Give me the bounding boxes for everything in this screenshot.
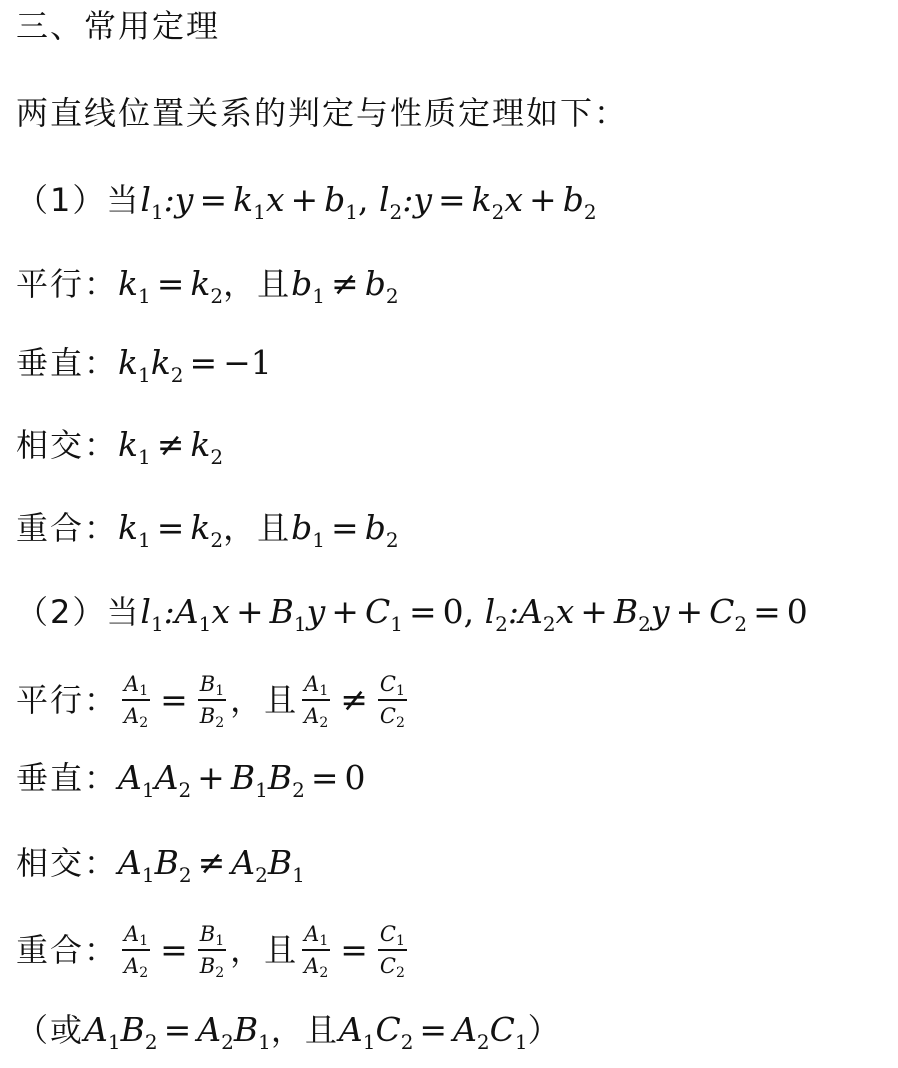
rule-name: 垂直： xyxy=(16,758,118,798)
case1-parallel: 平行： k1=k2，且b1≠b2 xyxy=(16,264,399,304)
note-open: （或 xyxy=(16,1010,84,1050)
fraction-b1-b2: B1B2 xyxy=(198,672,226,728)
and-word: 且 xyxy=(264,680,298,720)
case2-condition: （2）当 l1:A1x+B1y+C1=0, l2:A2x+B2y+C2=0 xyxy=(16,592,808,632)
rule-formula-2: b1=b2 xyxy=(291,508,398,548)
intro-text: 两直线位置关系的判定与性质定理如下： xyxy=(16,93,628,133)
rule-name: 重合： xyxy=(16,508,118,548)
rule-name: 平行： xyxy=(16,680,118,720)
rule-name: 重合： xyxy=(16,930,118,970)
fraction-c1-c2: C1C2 xyxy=(378,922,407,978)
comma: ， xyxy=(230,930,264,970)
rule-name: 垂直： xyxy=(16,343,118,383)
case2-parallel: 平行： A1A2 = B1B2 ，且 A1A2 ≠ C1C2 xyxy=(16,668,411,732)
and-word: 且 xyxy=(257,264,291,304)
fraction-a1-a2: A1A2 xyxy=(302,922,330,978)
case1-intersect: 相交： k1≠k2 xyxy=(16,425,223,465)
fraction-a1-a2: A1A2 xyxy=(122,922,150,978)
comma: ， xyxy=(271,1010,305,1050)
rule-formula: A1A2+B1B2=0 xyxy=(118,758,365,798)
fraction-b1-b2: B1B2 xyxy=(198,922,226,978)
case2-coincide-note: （或 A1B2=A2B1，且A1C2=A2C1） xyxy=(16,1010,562,1050)
section-heading: 三、常用定理 xyxy=(16,6,220,46)
case1-label: （1）当 xyxy=(16,180,140,220)
rule-formula: k1=k2 xyxy=(118,264,223,304)
rule-name: 相交： xyxy=(16,843,118,883)
fraction-a1-a2: A1A2 xyxy=(302,672,330,728)
case2-coincide: 重合： A1A2 = B1B2 ，且 A1A2 = C1C2 xyxy=(16,918,411,982)
rule-formula-2: b1≠b2 xyxy=(291,264,398,304)
case1-perpendicular: 垂直： k1k2=−1 xyxy=(16,343,272,383)
comma: ， xyxy=(230,680,264,720)
rule-formula: k1=k2 xyxy=(118,508,223,548)
rule-formula: k1≠k2 xyxy=(118,425,223,465)
and-word: 且 xyxy=(257,508,291,548)
rule-formula: A1B2≠A2B1 xyxy=(118,843,305,883)
fraction-a1-a2: A1A2 xyxy=(122,672,150,728)
comma: ， xyxy=(223,264,257,304)
case2-perpendicular: 垂直： A1A2+B1B2=0 xyxy=(16,758,365,798)
case1-coincide: 重合： k1=k2，且b1=b2 xyxy=(16,508,399,548)
and-word: 且 xyxy=(264,930,298,970)
case2-intersect: 相交： A1B2≠A2B1 xyxy=(16,843,305,883)
note-formula-1: A1B2=A2B1 xyxy=(84,1010,271,1050)
rule-formula: k1k2=−1 xyxy=(118,343,272,383)
fraction-c1-c2: C1C2 xyxy=(378,672,407,728)
note-formula-2: A1C2=A2C1 xyxy=(339,1010,528,1050)
comma: ， xyxy=(223,508,257,548)
and-word: 且 xyxy=(305,1010,339,1050)
rule-name: 相交： xyxy=(16,425,118,465)
case2-label: （2）当 xyxy=(16,592,140,632)
case1-condition: （1）当 l1:y=k1x+b1, l2:y=k2x+b2 xyxy=(16,180,597,220)
case1-equations: l1:y=k1x+b1, l2:y=k2x+b2 xyxy=(140,180,596,220)
rule-name: 平行： xyxy=(16,264,118,304)
note-close: ） xyxy=(528,1010,562,1050)
case2-equations: l1:A1x+B1y+C1=0, l2:A2x+B2y+C2=0 xyxy=(140,592,807,632)
